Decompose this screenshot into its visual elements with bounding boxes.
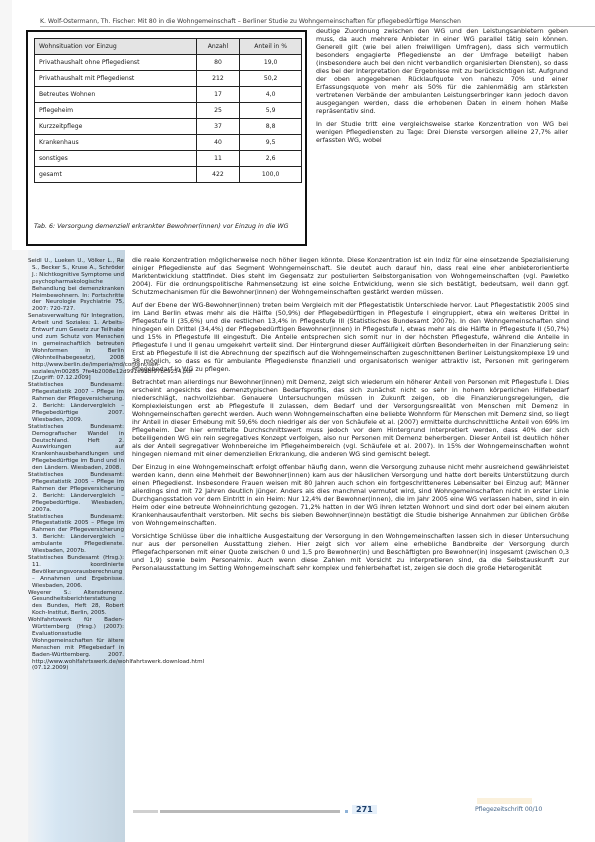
column-header: Anzahl <box>196 39 240 55</box>
row-count: 37 <box>196 119 240 135</box>
main-text-column: die reale Konzentration möglicherweise n… <box>132 257 569 578</box>
row-percent: 8,8 <box>240 119 302 135</box>
table-frame: Wohnsituation vor Einzug Anzahl Anteil i… <box>26 30 307 246</box>
paragraph: Vorsichtige Schlüsse über die inhaltlich… <box>132 533 569 573</box>
reference-item: Senatsverwaltung für Integration, Arbeit… <box>28 313 124 382</box>
table-caption: Tab. 6: Versorgung demenziell erkrankter… <box>34 223 304 231</box>
row-count: 40 <box>196 135 240 151</box>
running-header: K. Wolf-Ostermann, Th. Fischer: Mit 80 i… <box>40 18 595 27</box>
table-row: sonstiges 11 2,6 <box>35 151 302 167</box>
footer-rule <box>160 810 340 813</box>
row-label: gesamt <box>35 167 197 183</box>
row-percent: 100,0 <box>240 167 302 183</box>
table-row: Pflegeheim 25 5,9 <box>35 103 302 119</box>
row-count: 11 <box>196 151 240 167</box>
row-count: 422 <box>196 167 240 183</box>
reference-item: Statistisches Bundesamt: Demografischer … <box>28 424 124 472</box>
right-text-column: deutige Zuordnung zwischen den WG und de… <box>316 28 568 150</box>
paragraph: In der Studie tritt eine vergleichsweise… <box>316 121 568 145</box>
row-label: Krankenhaus <box>35 135 197 151</box>
row-label: Privathaushalt mit Pflegedienst <box>35 71 197 87</box>
page-number: 271 <box>352 805 377 814</box>
row-label: Betreutes Wohnen <box>35 87 197 103</box>
paragraph: deutige Zuordnung zwischen den WG und de… <box>316 28 568 116</box>
row-percent: 19,0 <box>240 55 302 71</box>
row-count: 80 <box>196 55 240 71</box>
table-row: Kurzzeitpflege 37 8,8 <box>35 119 302 135</box>
paragraph: Auf der Ebene der WG-Bewohner(innen) tre… <box>132 302 569 374</box>
reference-list: Seidl U., Lueken U., Völker L., Re S., B… <box>28 258 124 672</box>
row-percent: 9,5 <box>240 135 302 151</box>
reference-item: Weyerer S.: Altersdemenz. Gesundheitsber… <box>28 590 124 618</box>
column-header: Wohnsituation vor Einzug <box>35 39 197 55</box>
paragraph: die reale Konzentration möglicherweise n… <box>132 257 569 297</box>
reference-item: Statistisches Bundesamt: Pflegestatistik… <box>28 382 124 423</box>
reference-item: Statistisches Bundesamt (Hrsg.): 11. koo… <box>28 555 124 590</box>
table-row: Privathaushalt ohne Pflegedienst 80 19,0 <box>35 55 302 71</box>
sidebar-margin <box>0 250 28 842</box>
row-count: 212 <box>196 71 240 87</box>
table-row: Krankenhaus 40 9,5 <box>35 135 302 151</box>
row-percent: 4,0 <box>240 87 302 103</box>
table-row: Privathaushalt mit Pflegedienst 212 50,2 <box>35 71 302 87</box>
row-label: sonstiges <box>35 151 197 167</box>
row-count: 25 <box>196 103 240 119</box>
table-total-row: gesamt 422 100,0 <box>35 167 302 183</box>
reference-item: Wohlfahrtswerk für Baden-Württemberg (Hr… <box>28 617 124 672</box>
residence-table: Wohnsituation vor Einzug Anzahl Anteil i… <box>34 38 302 183</box>
journal-name: Pflegezeitschrift 00/10 <box>475 806 542 813</box>
journal-highlight <box>477 798 532 804</box>
row-percent: 2,6 <box>240 151 302 167</box>
row-percent: 50,2 <box>240 71 302 87</box>
row-label: Privathaushalt ohne Pflegedienst <box>35 55 197 71</box>
page-number-marker-icon <box>345 810 348 813</box>
table-header-row: Wohnsituation vor Einzug Anzahl Anteil i… <box>35 39 302 55</box>
row-label: Pflegeheim <box>35 103 197 119</box>
column-header: Anteil in % <box>240 39 302 55</box>
row-label: Kurzzeitpflege <box>35 119 197 135</box>
paragraph: Der Einzug in eine Wohngemeinschaft erfo… <box>132 464 569 528</box>
row-count: 17 <box>196 87 240 103</box>
paragraph: Betrachtet man allerdings nur Bewohner(i… <box>132 379 569 459</box>
reference-item: Seidl U., Lueken U., Völker L., Re S., B… <box>28 258 124 313</box>
row-percent: 5,9 <box>240 103 302 119</box>
footer-rule-left <box>133 810 158 813</box>
table-row: Betreutes Wohnen 17 4,0 <box>35 87 302 103</box>
reference-item: Statistisches Bundesamt: Pflegestatistik… <box>28 514 124 555</box>
reference-item: Statistisches Bundesamt: Pflegestatistik… <box>28 472 124 513</box>
